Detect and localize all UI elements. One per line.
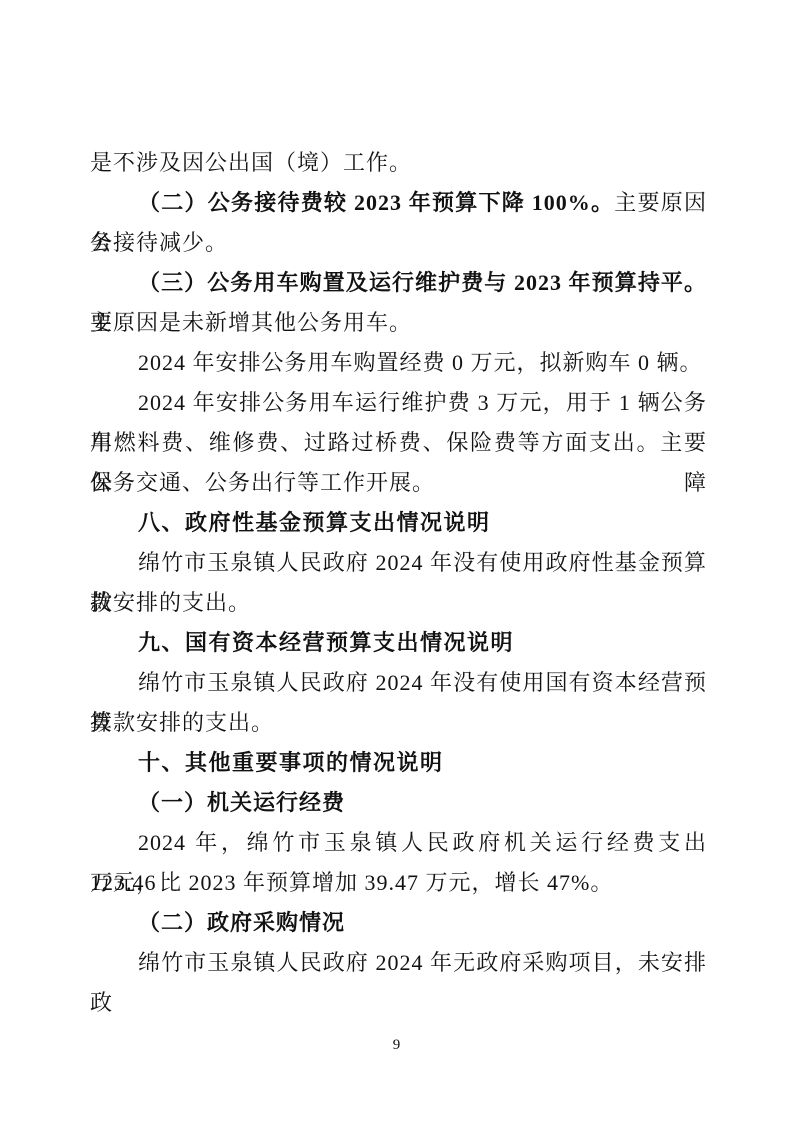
doc-line: 款安排的支出。: [90, 583, 707, 623]
subsection-title: （三）公务用车购置及运行维护费与 2023 年预算持平。: [138, 270, 707, 295]
doc-line: 万元，比 2023 年预算增加 39.47 万元，增长 47%。: [90, 863, 707, 903]
doc-line: 要原因是未新增其他公务用车。: [90, 303, 707, 343]
section-heading-9-state-capital-budget: 九、国有资本经营预算支出情况说明: [90, 623, 707, 663]
doc-line: 绵竹市玉泉镇人民政府 2024 年无政府采购项目，未安排政: [90, 943, 707, 983]
section-heading-10-other-important-matters: 十、其他重要事项的情况说明: [90, 743, 707, 783]
doc-line: 是不涉及因公出国（境）工作。: [90, 143, 707, 183]
page-number: 9: [0, 1034, 793, 1056]
doc-line: 拨款安排的支出。: [90, 703, 707, 743]
section-heading-8-government-fund-budget: 八、政府性基金预算支出情况说明: [90, 503, 707, 543]
subsection-heading-2-government-procurement: （二）政府采购情况: [90, 903, 707, 943]
document-body: 是不涉及因公出国（境）工作。 （二）公务接待费较 2023 年预算下降 100%…: [90, 143, 707, 983]
subsection-heading-1-agency-operating-expenses: （一）机关运行经费: [90, 783, 707, 823]
doc-line: 绵竹市玉泉镇人民政府 2024 年没有使用政府性基金预算拨: [90, 543, 707, 583]
doc-line: 车燃料费、维修费、过路过桥费、保险费等方面支出。主要保障: [90, 423, 707, 463]
doc-line: 2024 年安排公务用车运行维护费 3 万元，用于 1 辆公务用: [90, 383, 707, 423]
doc-line: 2024 年安排公务用车购置经费 0 万元，拟新购车 0 辆。: [90, 343, 707, 383]
subsection-heading-3-official-vehicles: （三）公务用车购置及运行维护费与 2023 年预算持平。主: [90, 263, 707, 303]
subsection-heading-2-travel-reception: （二）公务接待费较 2023 年预算下降 100%。主要原因公: [90, 183, 707, 223]
doc-line: 绵竹市玉泉镇人民政府 2024 年没有使用国有资本经营预算: [90, 663, 707, 703]
doc-line: 2024 年，绵竹市玉泉镇人民政府机关运行经费支出 123.46: [90, 823, 707, 863]
doc-line: 务接待减少。: [90, 223, 707, 263]
document-page: 是不涉及因公出国（境）工作。 （二）公务接待费较 2023 年预算下降 100%…: [0, 0, 793, 1122]
subsection-title: （二）公务接待费较 2023 年预算下降 100%。: [138, 190, 614, 215]
